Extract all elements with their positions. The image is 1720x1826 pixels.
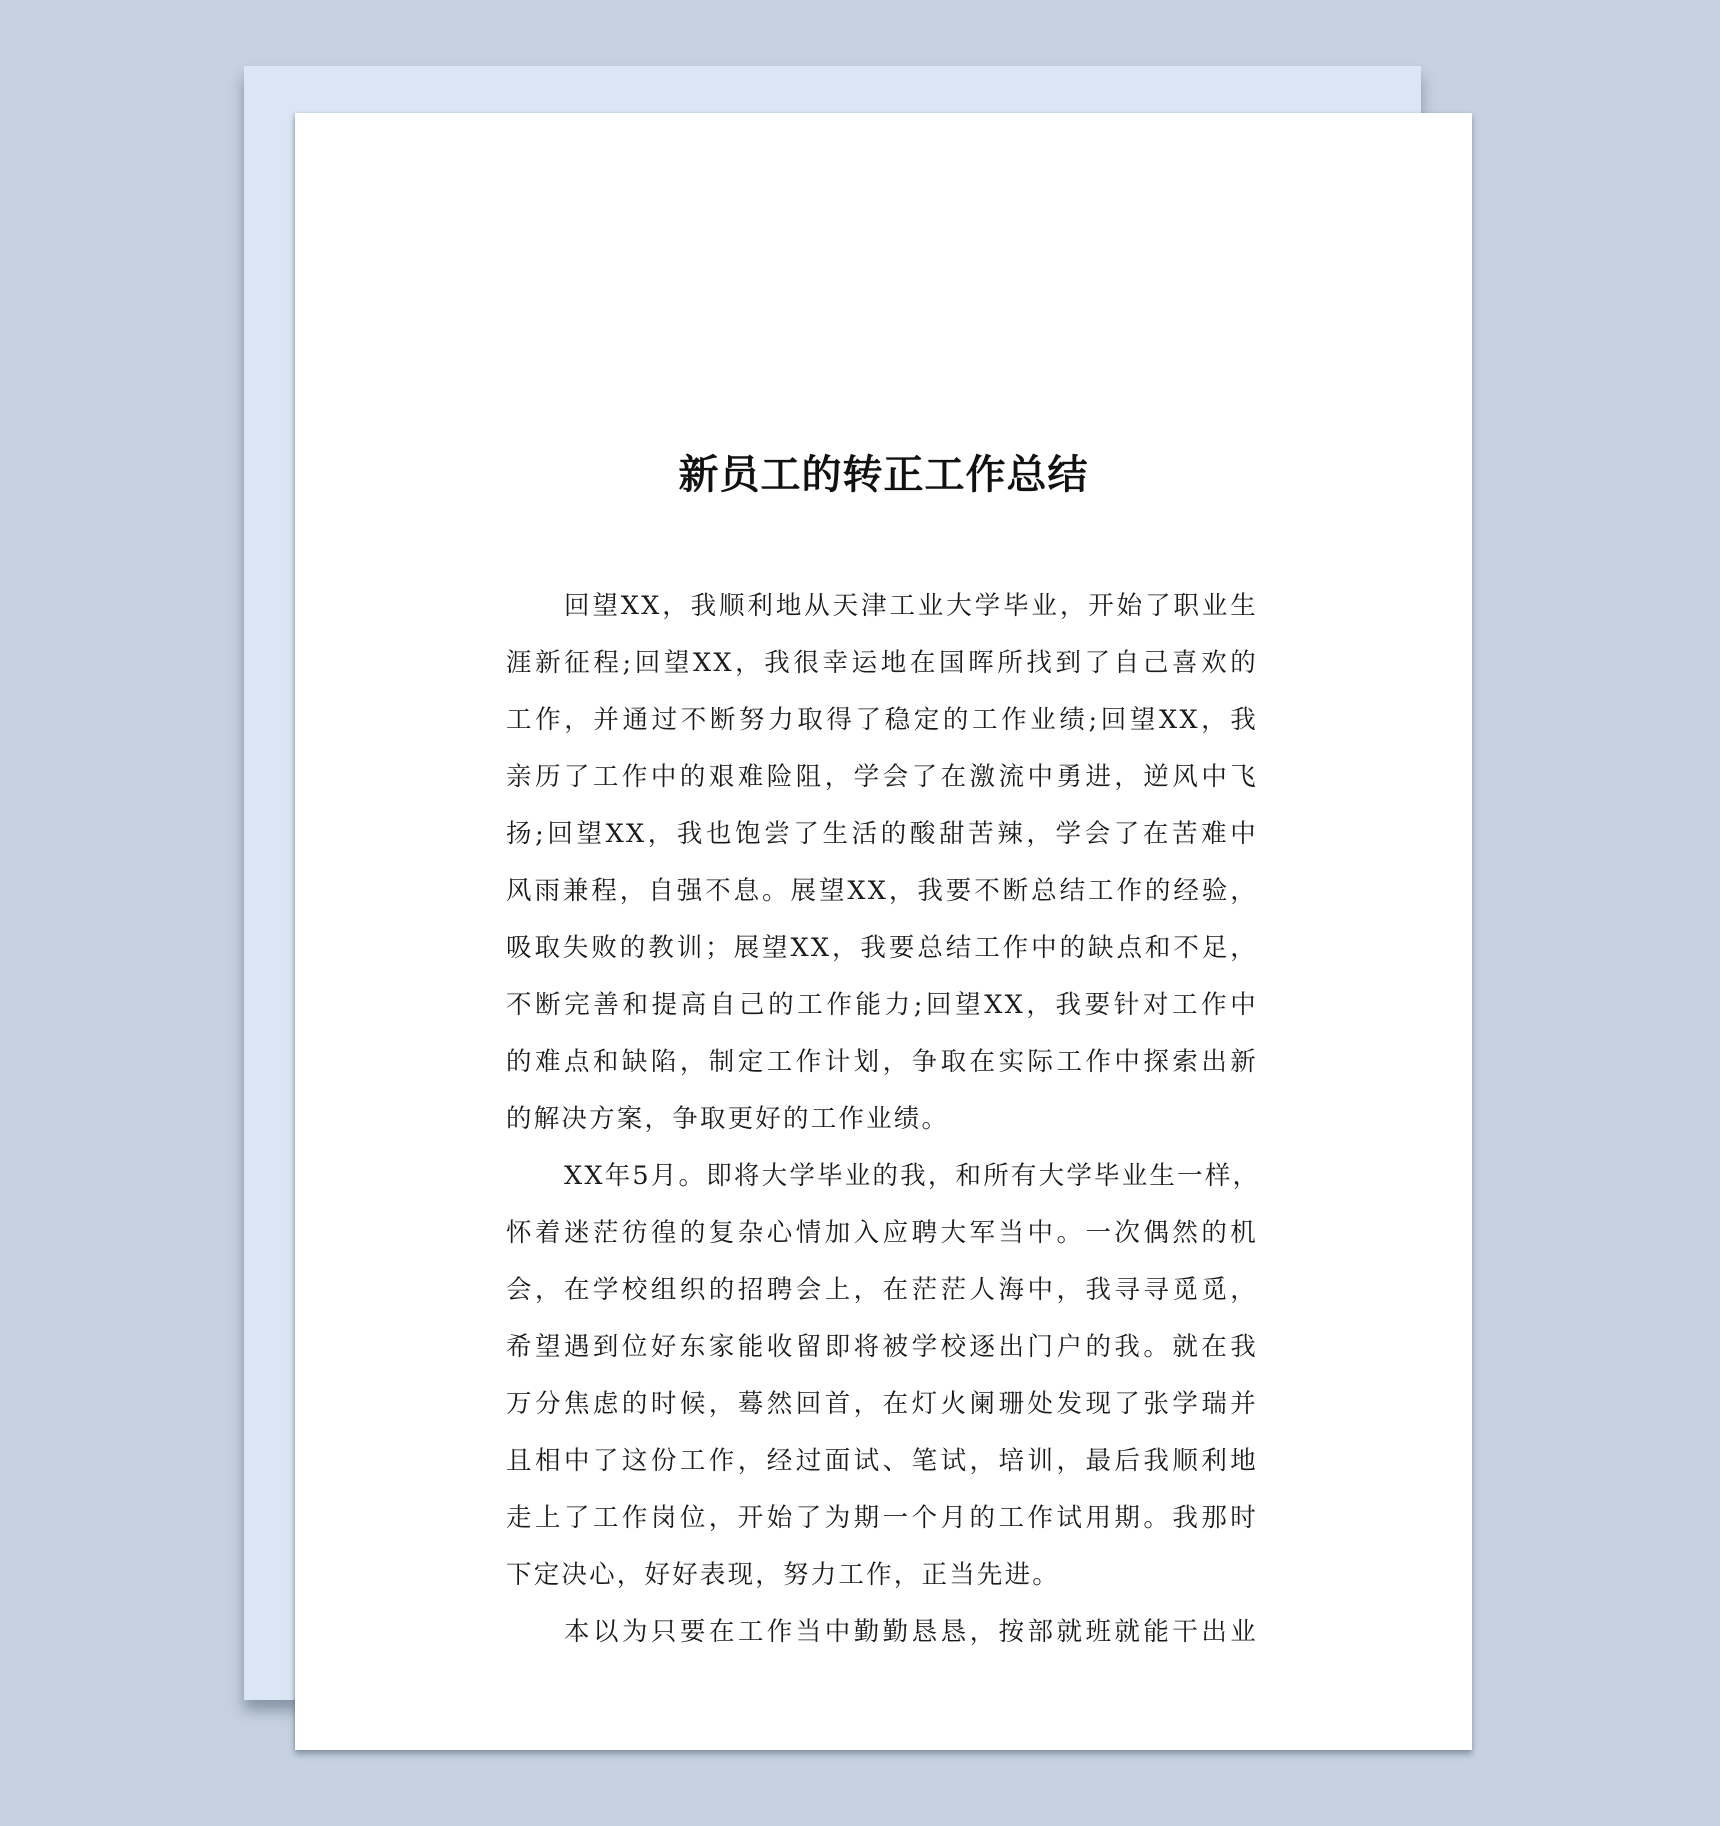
paragraph-1-line: 回望XX，我顺利地从天津工业大学毕业，开始了职业生 [506,578,1258,635]
paragraph-3-line: 本以为只要在工作当中勤勤恳恳，按部就班就能干出业 [506,1604,1258,1661]
paragraph-1-line: 不断完善和提高自己的工作能力;回望XX，我要针对工作中 [506,977,1258,1034]
paragraph-2-line: 怀着迷茫彷徨的复杂心情加入应聘大军当中。一次偶然的机 [506,1205,1258,1262]
paragraph-2-line: 下定决心，好好表现，努力工作，正当先进。 [506,1547,1258,1604]
paragraph-2-line: XX年5月。即将大学毕业的我，和所有大学毕业生一样， [506,1148,1258,1205]
paragraph-1-line: 工作，并通过不断努力取得了稳定的工作业绩;回望XX，我 [506,692,1258,749]
document-title: 新员工的转正工作总结 [295,443,1472,500]
paragraph-1-line: 扬;回望XX，我也饱尝了生活的酸甜苦辣，学会了在苦难中 [506,806,1258,863]
paragraph-1-line: 亲历了工作中的艰难险阻，学会了在激流中勇进，逆风中飞 [506,749,1258,806]
paragraph-1-line: 涯新征程;回望XX，我很幸运地在国晖所找到了自己喜欢的 [506,635,1258,692]
paragraph-2-line: 万分焦虑的时候，蓦然回首，在灯火阑珊处发现了张学瑞并 [506,1376,1258,1433]
paragraph-1-line: 的难点和缺陷，制定工作计划，争取在实际工作中探索出新 [506,1034,1258,1091]
paragraph-2-line: 希望遇到位好东家能收留即将被学校逐出门户的我。就在我 [506,1319,1258,1376]
document-body: 回望XX，我顺利地从天津工业大学毕业，开始了职业生 涯新征程;回望XX，我很幸运… [506,578,1258,1661]
paragraph-2-line: 会，在学校组织的招聘会上，在茫茫人海中，我寻寻觅觅， [506,1262,1258,1319]
paragraph-1-line: 的解决方案，争取更好的工作业绩。 [506,1091,1258,1148]
paragraph-2-line: 且相中了这份工作，经过面试、笔试，培训，最后我顺利地 [506,1433,1258,1490]
paragraph-1-line: 风雨兼程，自强不息。展望XX，我要不断总结工作的经验， [506,863,1258,920]
document-page: 新员工的转正工作总结 回望XX，我顺利地从天津工业大学毕业，开始了职业生 涯新征… [295,113,1472,1750]
paragraph-2-line: 走上了工作岗位，开始了为期一个月的工作试用期。我那时 [506,1490,1258,1547]
paragraph-1-line: 吸取失败的教训；展望XX，我要总结工作中的缺点和不足， [506,920,1258,977]
